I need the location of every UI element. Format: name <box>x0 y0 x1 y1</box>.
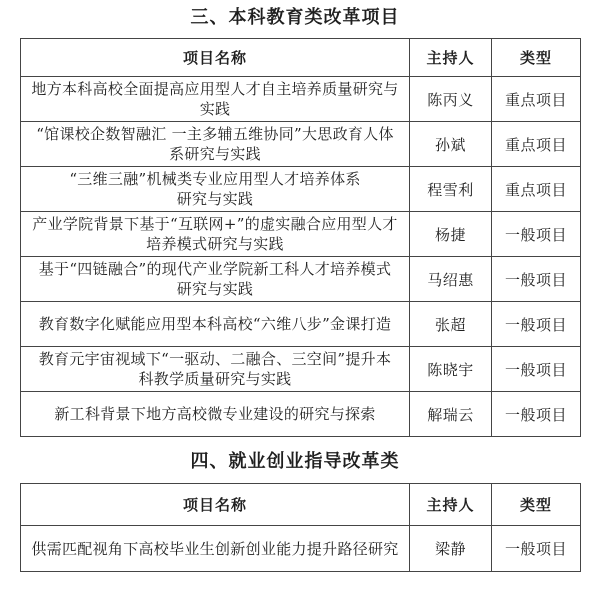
type-cell: 一般项目 <box>492 302 581 347</box>
leader-cell: 陈丙义 <box>410 77 492 122</box>
col-header-type: 类型 <box>492 39 581 77</box>
leader-cell: 马绍惠 <box>410 257 492 302</box>
table-header-row: 项目名称 主持人 类型 <box>21 484 581 526</box>
table-row: “三维三融”机械类专业应用型人才培养体系 研究与实践 程雪利 重点项目 <box>21 167 581 212</box>
col-header-leader: 主持人 <box>410 484 492 526</box>
undergrad-projects-table: 项目名称 主持人 类型 地方本科高校全面提高应用型人才自主培养质量研究与 实践 … <box>20 38 581 437</box>
leader-cell: 梁静 <box>410 526 492 572</box>
type-cell: 一般项目 <box>492 526 581 572</box>
section-title-undergrad-education: 三、本科教育类改革项目 <box>20 6 570 30</box>
table-row: “馆课校企数智融汇 一主多辅五维协同”大思政育人体 系研究与实践 孙斌 重点项目 <box>21 122 581 167</box>
project-name-cell: 产业学院背景下基于“互联网+”的虚实融合应用型人才 培养模式研究与实践 <box>21 212 410 257</box>
table-row: 教育数字化赋能应用型本科高校“六维八步”金课打造 张超 一般项目 <box>21 302 581 347</box>
type-cell: 重点项目 <box>492 122 581 167</box>
project-name-cell: 教育元宇宙视域下“一驱动、二融合、三空间”提升本 科教学质量研究与实践 <box>21 347 410 392</box>
document-page: 三、本科教育类改革项目 项目名称 主持人 类型 地方本科高校全面提高应用型人才自… <box>0 0 590 572</box>
employment-projects-table: 项目名称 主持人 类型 供需匹配视角下高校毕业生创新创业能力提升路径研究 梁静 … <box>20 483 581 572</box>
table-row: 新工科背景下地方高校微专业建设的研究与探索 解瑞云 一般项目 <box>21 392 581 437</box>
project-name-cell: 新工科背景下地方高校微专业建设的研究与探索 <box>21 392 410 437</box>
leader-cell: 陈晓宇 <box>410 347 492 392</box>
type-cell: 一般项目 <box>492 347 581 392</box>
type-cell: 重点项目 <box>492 167 581 212</box>
section-title-employment-guidance: 四、就业创业指导改革类 <box>20 450 570 474</box>
leader-cell: 杨捷 <box>410 212 492 257</box>
project-name-cell: 教育数字化赋能应用型本科高校“六维八步”金课打造 <box>21 302 410 347</box>
col-header-type: 类型 <box>492 484 581 526</box>
project-name-cell: “三维三融”机械类专业应用型人才培养体系 研究与实践 <box>21 167 410 212</box>
table-row: 教育元宇宙视域下“一驱动、二融合、三空间”提升本 科教学质量研究与实践 陈晓宇 … <box>21 347 581 392</box>
leader-cell: 孙斌 <box>410 122 492 167</box>
leader-cell: 程雪利 <box>410 167 492 212</box>
table-header-row: 项目名称 主持人 类型 <box>21 39 581 77</box>
table-row: 产业学院背景下基于“互联网+”的虚实融合应用型人才 培养模式研究与实践 杨捷 一… <box>21 212 581 257</box>
project-name-cell: 基于“四链融合”的现代产业学院新工科人才培养模式 研究与实践 <box>21 257 410 302</box>
leader-cell: 解瑞云 <box>410 392 492 437</box>
type-cell: 重点项目 <box>492 77 581 122</box>
col-header-leader: 主持人 <box>410 39 492 77</box>
project-name-cell: 地方本科高校全面提高应用型人才自主培养质量研究与 实践 <box>21 77 410 122</box>
col-header-project-name: 项目名称 <box>21 484 410 526</box>
type-cell: 一般项目 <box>492 257 581 302</box>
project-name-cell: “馆课校企数智融汇 一主多辅五维协同”大思政育人体 系研究与实践 <box>21 122 410 167</box>
table-row: 供需匹配视角下高校毕业生创新创业能力提升路径研究 梁静 一般项目 <box>21 526 581 572</box>
project-name-cell: 供需匹配视角下高校毕业生创新创业能力提升路径研究 <box>21 526 410 572</box>
leader-cell: 张超 <box>410 302 492 347</box>
table-row: 地方本科高校全面提高应用型人才自主培养质量研究与 实践 陈丙义 重点项目 <box>21 77 581 122</box>
col-header-project-name: 项目名称 <box>21 39 410 77</box>
type-cell: 一般项目 <box>492 392 581 437</box>
type-cell: 一般项目 <box>492 212 581 257</box>
table-row: 基于“四链融合”的现代产业学院新工科人才培养模式 研究与实践 马绍惠 一般项目 <box>21 257 581 302</box>
